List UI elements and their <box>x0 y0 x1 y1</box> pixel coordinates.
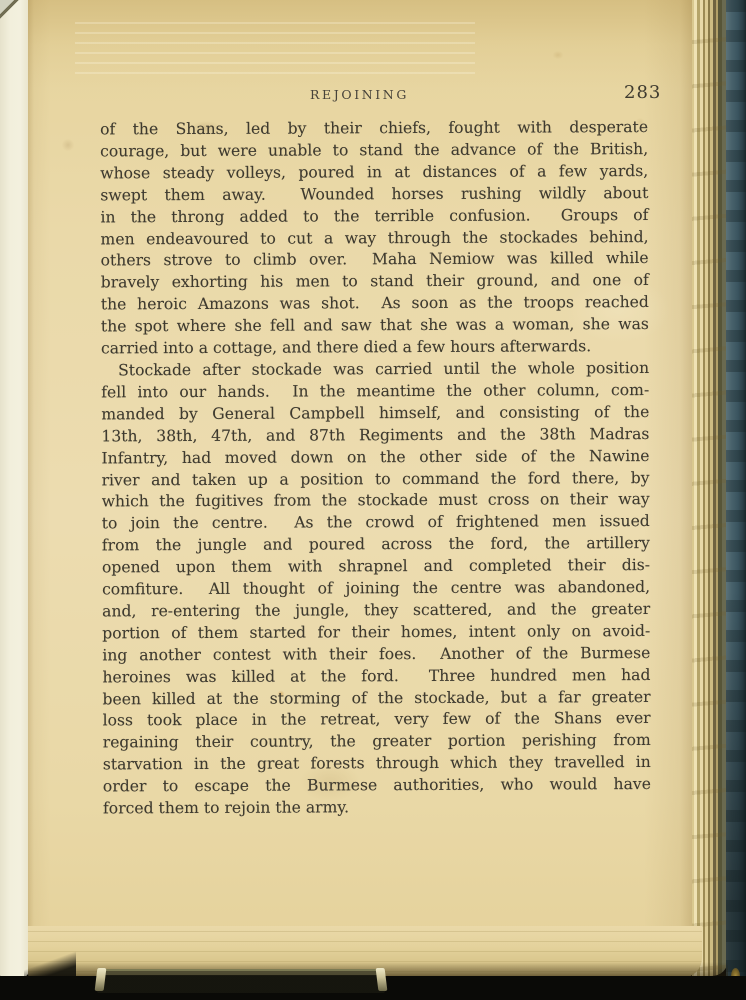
running-header: REJOINING <box>310 87 409 102</box>
text-line: order to escape the Burmese authorities,… <box>103 774 651 798</box>
text-line: the spot where she fell and saw that she… <box>101 314 649 338</box>
text-line: manded by General Campbell himself, and … <box>101 402 649 426</box>
text-line: which the fugitives from the stockade mu… <box>102 489 650 513</box>
page-number: 283 <box>624 82 661 103</box>
text-line: others strove to climb over. Maha Nemiow… <box>101 248 649 272</box>
text-line: men endeavoured to cut a way through the… <box>100 227 648 251</box>
text-line: Infantry, had moved down on the other si… <box>101 446 649 470</box>
gutter-shadow <box>24 948 76 978</box>
text-line: the heroic Amazons was shot. As soon as … <box>101 292 649 316</box>
facing-page-edge <box>0 0 29 978</box>
text-line: fell into our hands. In the meantime the… <box>101 380 649 404</box>
book-scan-photo: REJOINING 283 of the Shans, led by their… <box>0 0 746 1000</box>
text-line: and, re-entering the jungle, they scatte… <box>102 599 650 623</box>
text-line: carried into a cottage, and there died a… <box>101 336 649 360</box>
text-line: swept them away. Wounded horses rushing … <box>100 183 648 207</box>
text-line: of the Shans, led by their chiefs, fough… <box>100 117 648 141</box>
text-line: been killed at the storming of the stock… <box>102 687 650 711</box>
text-line: ing another contest with their foes. Ano… <box>102 643 650 667</box>
page-edge-stack-right <box>692 0 728 976</box>
text-line: portion of them started for their homes,… <box>102 621 650 645</box>
scan-streaks <box>75 22 475 77</box>
text-line: in the throng added to the terrible conf… <box>100 205 648 229</box>
text-line: to join the centre. As the crowd of frig… <box>102 511 650 535</box>
page-text: of the Shans, led by their chiefs, fough… <box>100 117 651 820</box>
text-line: courage, but were unable to stand the ad… <box>100 139 648 163</box>
book-cover-edge <box>726 0 746 984</box>
text-line: comfiture. All thought of joining the ce… <box>102 577 650 601</box>
text-line: Stockade after stockade was carried unti… <box>101 358 649 382</box>
facing-page-corner <box>0 0 20 20</box>
text-line: whose steady volleys, poured in at dista… <box>100 161 648 185</box>
text-line: loss took place in the retreat, very few… <box>103 708 651 732</box>
text-line: 13th, 38th, 47th, and 87th Regiments and… <box>101 424 649 448</box>
cradle-strip <box>97 969 385 993</box>
text-line: regaining their country, the greater por… <box>103 730 651 754</box>
text-line: forced them to rejoin the army. <box>103 796 651 820</box>
text-line: bravely exhorting his men to stand their… <box>101 270 649 294</box>
text-line: starvation in the great forests through … <box>103 752 651 776</box>
text-line: heroines was killed at the ford. Three h… <box>102 665 650 689</box>
text-line: river and taken up a position to command… <box>102 467 650 491</box>
text-line: opened upon them with shrapnel and compl… <box>102 555 650 579</box>
text-line: from the jungle and poured across the fo… <box>102 533 650 557</box>
